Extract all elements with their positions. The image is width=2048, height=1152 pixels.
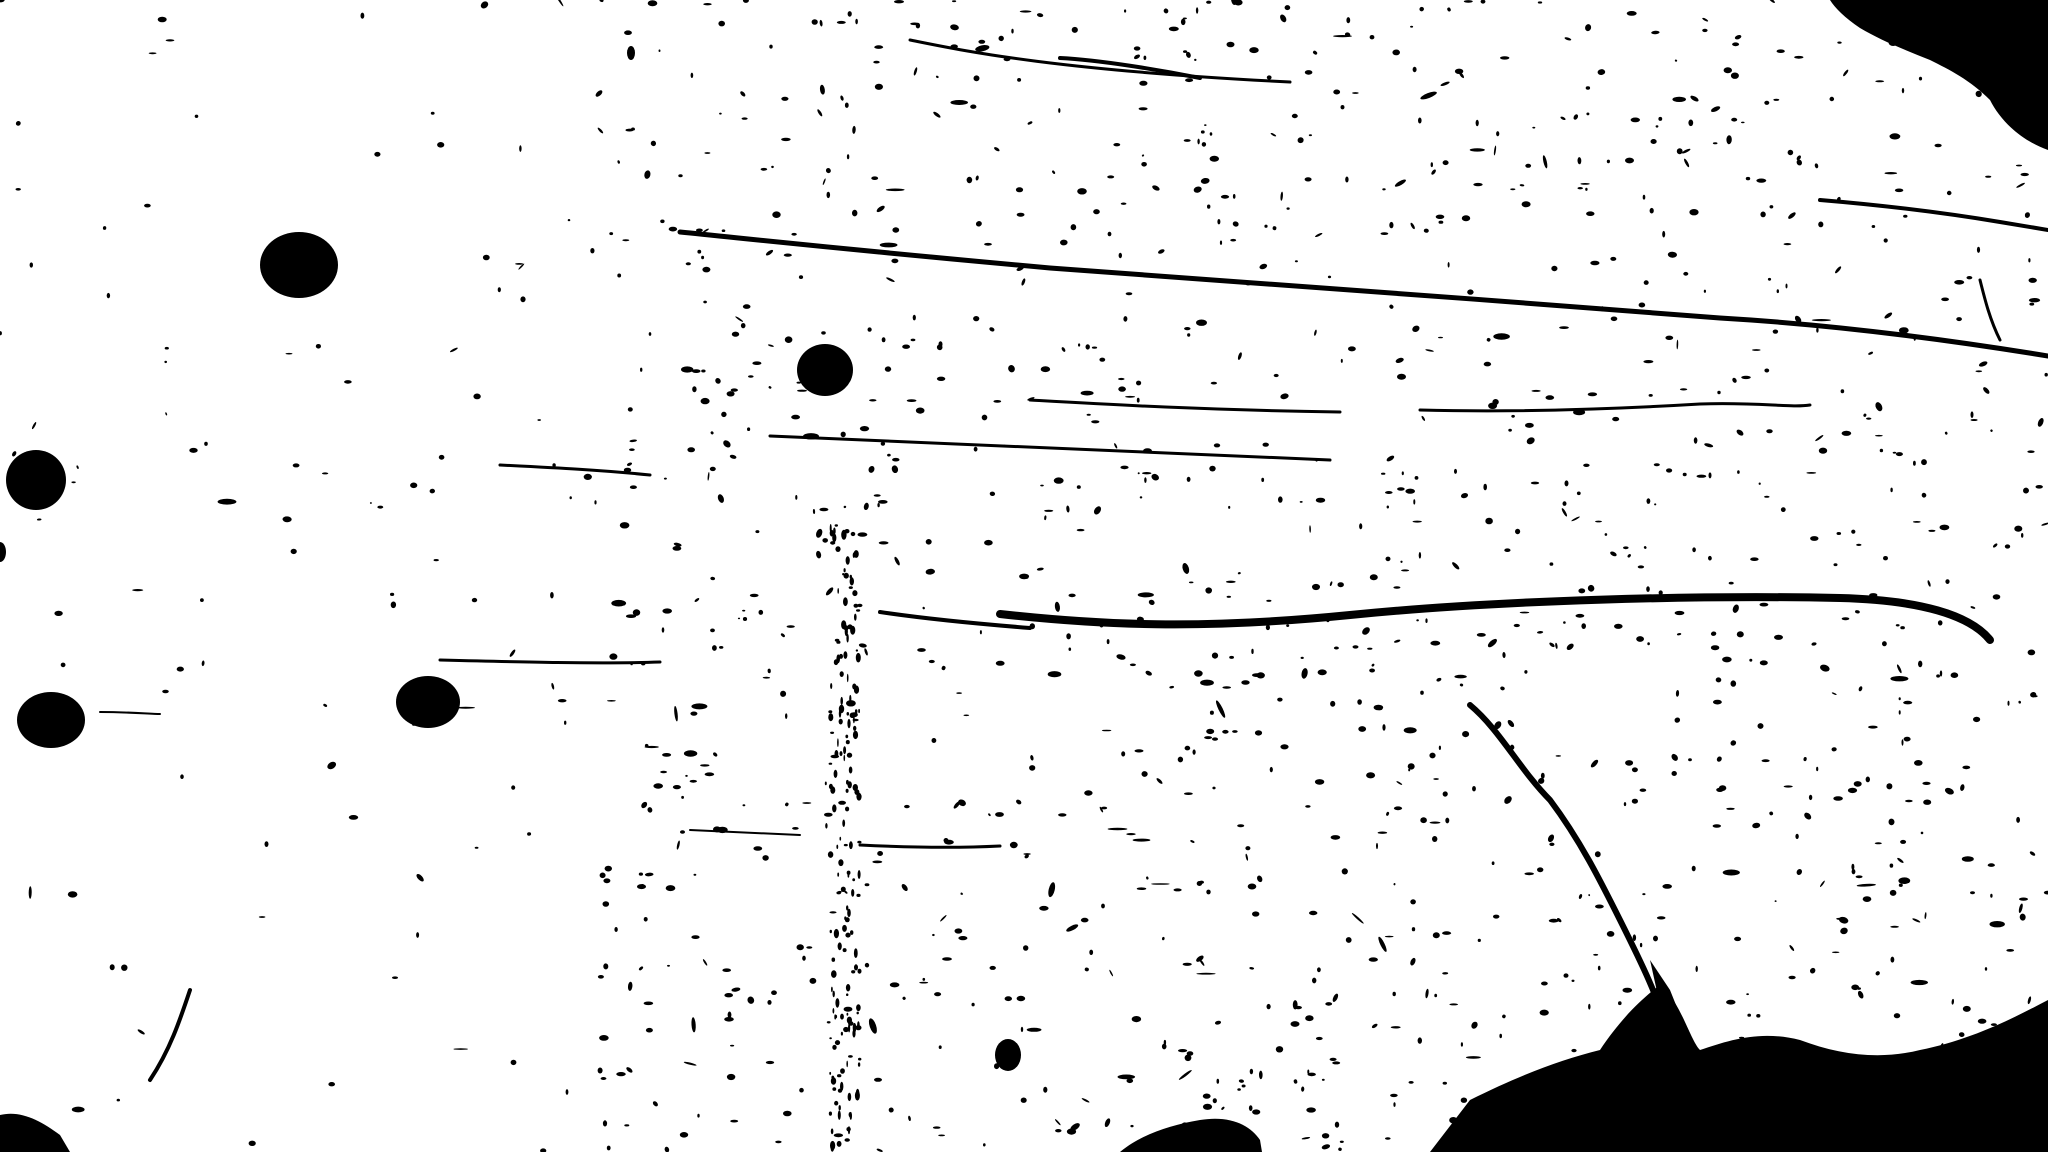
- nail-hole: [627, 46, 635, 60]
- nail-hole: [995, 1039, 1021, 1071]
- nail-hole: [260, 232, 338, 298]
- nail-hole: [17, 692, 85, 748]
- nail-hole: [797, 344, 853, 396]
- nail-hole: [396, 676, 460, 728]
- grunge-texture: [0, 0, 2048, 1152]
- nail-hole: [6, 450, 66, 510]
